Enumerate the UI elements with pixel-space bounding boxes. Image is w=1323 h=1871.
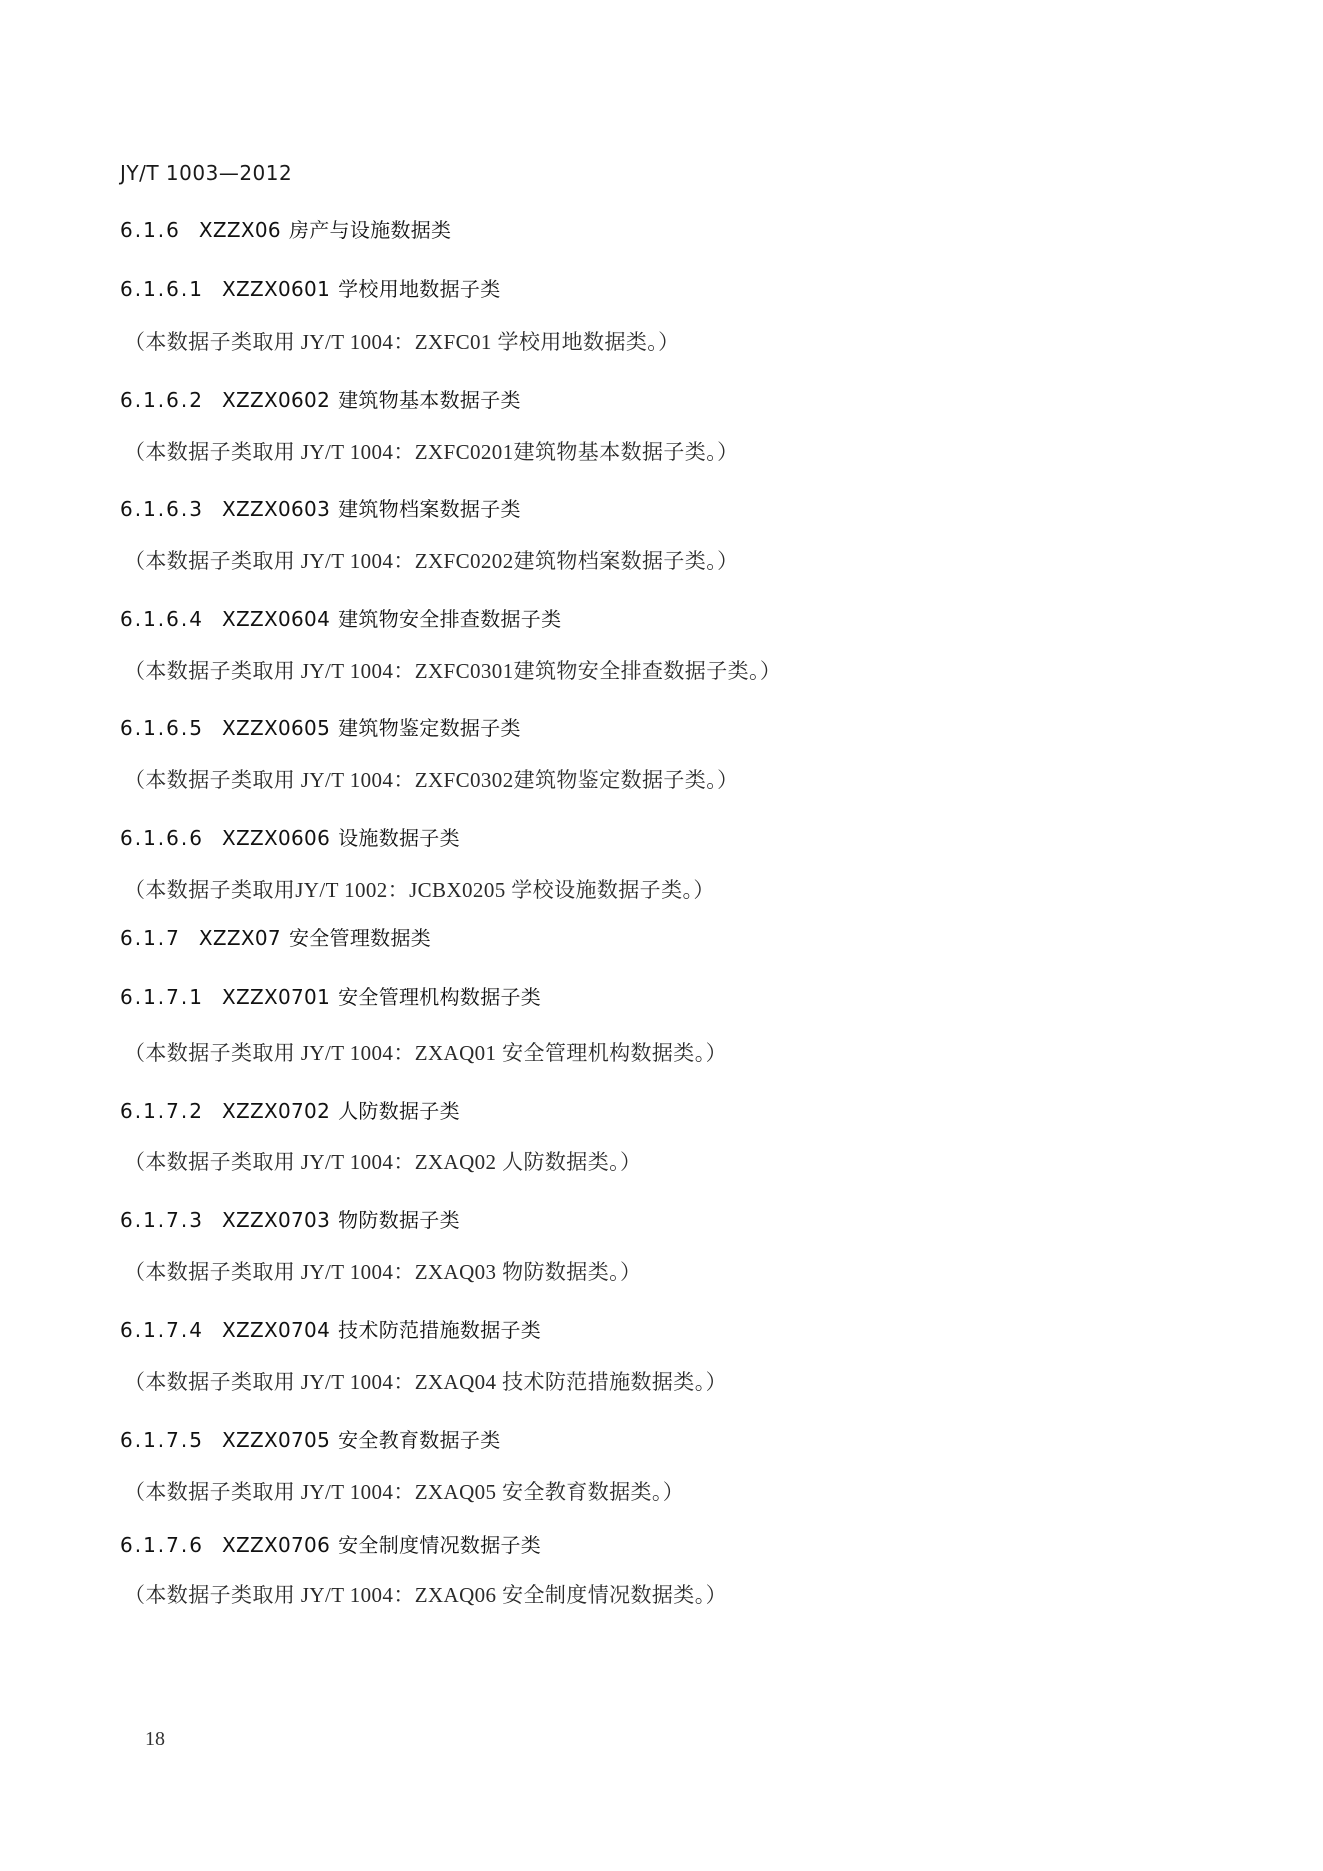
section-code: XZZX0604 xyxy=(222,607,330,631)
reference-note: （本数据子类取用 JY/T 1004：ZXFC0202建筑物档案数据子类。） xyxy=(124,547,739,575)
section-title: 房产与设施数据类 xyxy=(289,218,451,242)
section-heading: 6.1.6.3XZZX0603建筑物档案数据子类 xyxy=(120,495,521,523)
section-code: XZZX0603 xyxy=(222,497,330,521)
section-heading: 6.1.6.6XZZX0606设施数据子类 xyxy=(120,824,460,852)
reference-note: （本数据子类取用 JY/T 1004：ZXFC0301建筑物安全排查数据子类。） xyxy=(124,657,781,685)
section-heading: 6.1.6.4XZZX0604建筑物安全排查数据子类 xyxy=(120,605,561,633)
reference-note: （本数据子类取用 JY/T 1004：ZXAQ01 安全管理机构数据类。） xyxy=(124,1039,727,1067)
section-heading: 6.1.7.5XZZX0705安全教育数据子类 xyxy=(120,1426,501,1454)
section-heading: 6.1.6.2XZZX0602建筑物基本数据子类 xyxy=(120,386,521,414)
section-number: 6.1.6.3 xyxy=(120,495,204,523)
section-number: 6.1.6.5 xyxy=(120,714,204,742)
section-title: 建筑物安全排查数据子类 xyxy=(338,607,561,631)
section-heading: 6.1.7.2XZZX0702人防数据子类 xyxy=(120,1097,460,1125)
section-title: 安全教育数据子类 xyxy=(338,1428,500,1452)
section-number: 6.1.6 xyxy=(120,216,181,244)
section-number: 6.1.6.6 xyxy=(120,824,204,852)
section-code: XZZX0701 xyxy=(222,985,330,1009)
reference-note: （本数据子类取用 JY/T 1004：ZXFC0302建筑物鉴定数据子类。） xyxy=(124,766,739,794)
section-number: 6.1.6.1 xyxy=(120,275,204,303)
section-title: 建筑物鉴定数据子类 xyxy=(338,716,521,740)
section-code: XZZX0704 xyxy=(222,1318,330,1342)
section-heading: 6.1.7.4XZZX0704技术防范措施数据子类 xyxy=(120,1316,541,1344)
section-number: 6.1.7.6 xyxy=(120,1531,204,1559)
section-title: 物防数据子类 xyxy=(338,1208,460,1232)
section-number: 6.1.6.2 xyxy=(120,386,204,414)
section-heading: 6.1.6XZZX06房产与设施数据类 xyxy=(120,216,451,244)
section-code: XZZX0702 xyxy=(222,1099,330,1123)
standard-code-header: JY/T 1003—2012 xyxy=(120,159,292,187)
section-title: 设施数据子类 xyxy=(338,826,460,850)
page-number: 18 xyxy=(145,1728,165,1751)
section-title: 学校用地数据子类 xyxy=(338,277,500,301)
section-code: XZZX0602 xyxy=(222,388,330,412)
section-code: XZZX07 xyxy=(199,926,281,950)
section-number: 6.1.7.1 xyxy=(120,983,204,1011)
section-title: 人防数据子类 xyxy=(338,1099,460,1123)
reference-note: （本数据子类取用 JY/T 1004：ZXAQ03 物防数据类。） xyxy=(124,1258,641,1286)
section-code: XZZX0601 xyxy=(222,277,330,301)
section-title: 安全管理机构数据子类 xyxy=(338,985,541,1009)
reference-note: （本数据子类取用 JY/T 1004：ZXFC01 学校用地数据类。） xyxy=(124,328,680,356)
reference-note: （本数据子类取用 JY/T 1004：ZXAQ06 安全制度情况数据类。） xyxy=(124,1581,727,1609)
section-number: 6.1.7.2 xyxy=(120,1097,204,1125)
reference-note: （本数据子类取用 JY/T 1004：ZXAQ04 技术防范措施数据类。） xyxy=(124,1368,727,1396)
reference-note: （本数据子类取用 JY/T 1004：ZXAQ02 人防数据类。） xyxy=(124,1148,641,1176)
section-title: 技术防范措施数据子类 xyxy=(338,1318,541,1342)
section-code: XZZX0703 xyxy=(222,1208,330,1232)
reference-note: （本数据子类取用JY/T 1002：JCBX0205 学校设施数据子类。） xyxy=(124,876,715,904)
reference-note: （本数据子类取用 JY/T 1004：ZXAQ05 安全教育数据类。） xyxy=(124,1478,684,1506)
section-title: 安全管理数据类 xyxy=(289,926,431,950)
section-code: XZZX0706 xyxy=(222,1533,330,1557)
section-number: 6.1.7.5 xyxy=(120,1426,204,1454)
section-number: 6.1.7.3 xyxy=(120,1206,204,1234)
section-heading: 6.1.6.1XZZX0601学校用地数据子类 xyxy=(120,275,501,303)
section-code: XZZX0605 xyxy=(222,716,330,740)
section-heading: 6.1.6.5XZZX0605建筑物鉴定数据子类 xyxy=(120,714,521,742)
section-title: 建筑物档案数据子类 xyxy=(338,497,521,521)
section-number: 6.1.7 xyxy=(120,924,181,952)
section-heading: 6.1.7.6XZZX0706安全制度情况数据子类 xyxy=(120,1531,541,1559)
section-code: XZZX06 xyxy=(199,218,281,242)
section-title: 建筑物基本数据子类 xyxy=(338,388,521,412)
section-title: 安全制度情况数据子类 xyxy=(338,1533,541,1557)
section-heading: 6.1.7XZZX07安全管理数据类 xyxy=(120,924,431,952)
document-page: JY/T 1003—2012 6.1.6XZZX06房产与设施数据类6.1.6.… xyxy=(0,0,1323,1871)
section-code: XZZX0606 xyxy=(222,826,330,850)
section-code: XZZX0705 xyxy=(222,1428,330,1452)
section-heading: 6.1.7.3XZZX0703物防数据子类 xyxy=(120,1206,460,1234)
section-heading: 6.1.7.1XZZX0701安全管理机构数据子类 xyxy=(120,983,541,1011)
section-number: 6.1.6.4 xyxy=(120,605,204,633)
reference-note: （本数据子类取用 JY/T 1004：ZXFC0201建筑物基本数据子类。） xyxy=(124,438,739,466)
section-number: 6.1.7.4 xyxy=(120,1316,204,1344)
